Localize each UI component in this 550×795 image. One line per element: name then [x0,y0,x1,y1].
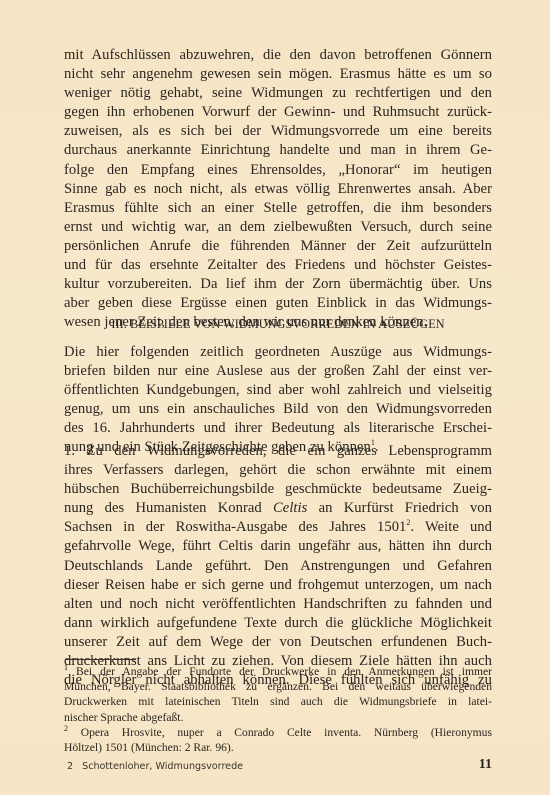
text-line: unserer Zeit auf dem Wege der von Deutsc… [64,633,492,652]
text-line: mit Aufschlüssen abzuwehren, die den dav… [64,46,492,65]
page-footer: 2Schottenloher, Widmungsvorrede 11 [64,758,492,778]
text-line: dieser Reisen habe er sich gerne und fro… [64,576,492,595]
footnote-divider [66,659,136,660]
text-line: Erasmus fühlte sich an einer Stelle getr… [64,199,492,218]
text-line: Sinne gab es noch nicht, als etwas völli… [64,180,492,199]
text-line: des 16. Jahrhunderts und ihrer Bedeutung… [64,419,492,438]
text-line: 1. Zu den Widmungsvorreden, die ein ganz… [64,442,492,461]
text-line: briefen bilden nur eine Auslese aus der … [64,362,492,381]
signature-text: Schottenloher, Widmungsvorrede [82,761,243,772]
text-line: weniger nötig gehabt, seine Widmungen zu… [64,84,492,103]
footnote-marker: 1 [64,663,68,672]
printer-signature: 2Schottenloher, Widmungsvorrede [67,761,243,772]
text-line: folge den Empfang eines Ehrensoldes, „Ho… [64,161,492,180]
text-line: durchaus anerkannte Einrichtung handelte… [64,141,492,160]
text-line: persönlichen Anrufe die führenden Männer… [64,237,492,256]
footnotes: 1 Bei der Angabe der Fundorte der Druckw… [64,664,492,755]
text-line: 1 Bei der Angabe der Fundorte der Druckw… [64,664,492,679]
book-page: mit Aufschlüssen abzuwehren, die den dav… [0,0,550,795]
text-line: kultur vorzubereiten. Da lief ihm der Zo… [64,275,492,294]
text-line: gefahrvolle Wege, führt Celtis darin ung… [64,537,492,556]
text-segment: nung des Humanisten Konrad [64,500,273,516]
text-line: gegen ihn erhobenen Vorwurf der Gewinn- … [64,103,492,122]
text-line: alten und noch nicht veröffentlichten Ha… [64,595,492,614]
paragraph-celtis: 1. Zu den Widmungsvorreden, die ein ganz… [64,442,492,690]
text-line: nischer Sprache abgefaßt. [64,710,492,725]
text-line: Höltzel) 1501 (München: 2 Rar. 96). [64,740,492,755]
text-line: dann wirklich aufgefundene Texte durch d… [64,614,492,633]
text-line: genug, um uns ein anschauliches Bild von… [64,400,492,419]
footnote-marker: 2 [64,724,68,733]
text-line: und für das ersehnte Zeitalter des Fried… [64,256,492,275]
text-line: hübschen Buchüberreichungsbilde geschmüc… [64,480,492,499]
text-line: Die hier folgenden zeitlich geordneten A… [64,343,492,362]
footnote-2: 2 Opera Hrosvite, nuper a Conrado Celte … [64,725,492,755]
text-line: aber geben diese Ergüsse einen guten Ein… [64,294,492,313]
text-line: 2 Opera Hrosvite, nuper a Conrado Celte … [64,725,492,740]
section-heading: III. BEISPIELE VON WIDMUNGSVORREDEN IN A… [64,316,492,332]
text-segment: Sachsen in der Roswitha-Ausgabe des Jahr… [64,519,406,535]
signature-number: 2 [67,761,73,772]
text-line: öffentlichten Kundgebungen, sind aber wo… [64,381,492,400]
text-line: Deutschlands Lande geführt. Den Anstreng… [64,557,492,576]
text-line: München, Bayer. Staatsbibliothek zu ergä… [64,679,492,694]
text-segment: Bei der Angabe der Fundorte der Druckwer… [76,665,492,678]
text-segment: an Kurfürst Friedrich von [307,500,492,516]
text-line: zuweisen, als es sich bei der Widmungsvo… [64,122,492,141]
text-line: Druckwerken mit lateinischen Titeln sind… [64,694,492,709]
page-number: 11 [479,757,492,773]
footnote-1: 1 Bei der Angabe der Fundorte der Druckw… [64,664,492,725]
paragraph-intro: Die hier folgenden zeitlich geordneten A… [64,343,492,458]
text-segment: Opera Hrosvite, nuper a Conrado Celte in… [81,726,492,739]
author-name-italic: Celtis [273,500,307,516]
text-line: ihres Verfassers darlegen, gehört die sc… [64,461,492,480]
text-segment: . Weite und [410,519,492,535]
paragraph-erasmus: mit Aufschlüssen abzuwehren, die den dav… [64,46,492,332]
text-line: nung des Humanisten Konrad Celtis an Kur… [64,499,492,518]
text-line: nicht sehr angenehm gewesen sein mögen. … [64,65,492,84]
text-line: Sachsen in der Roswitha-Ausgabe des Jahr… [64,518,492,537]
text-line: ernst und wichtig war, an dem zielbewußt… [64,218,492,237]
